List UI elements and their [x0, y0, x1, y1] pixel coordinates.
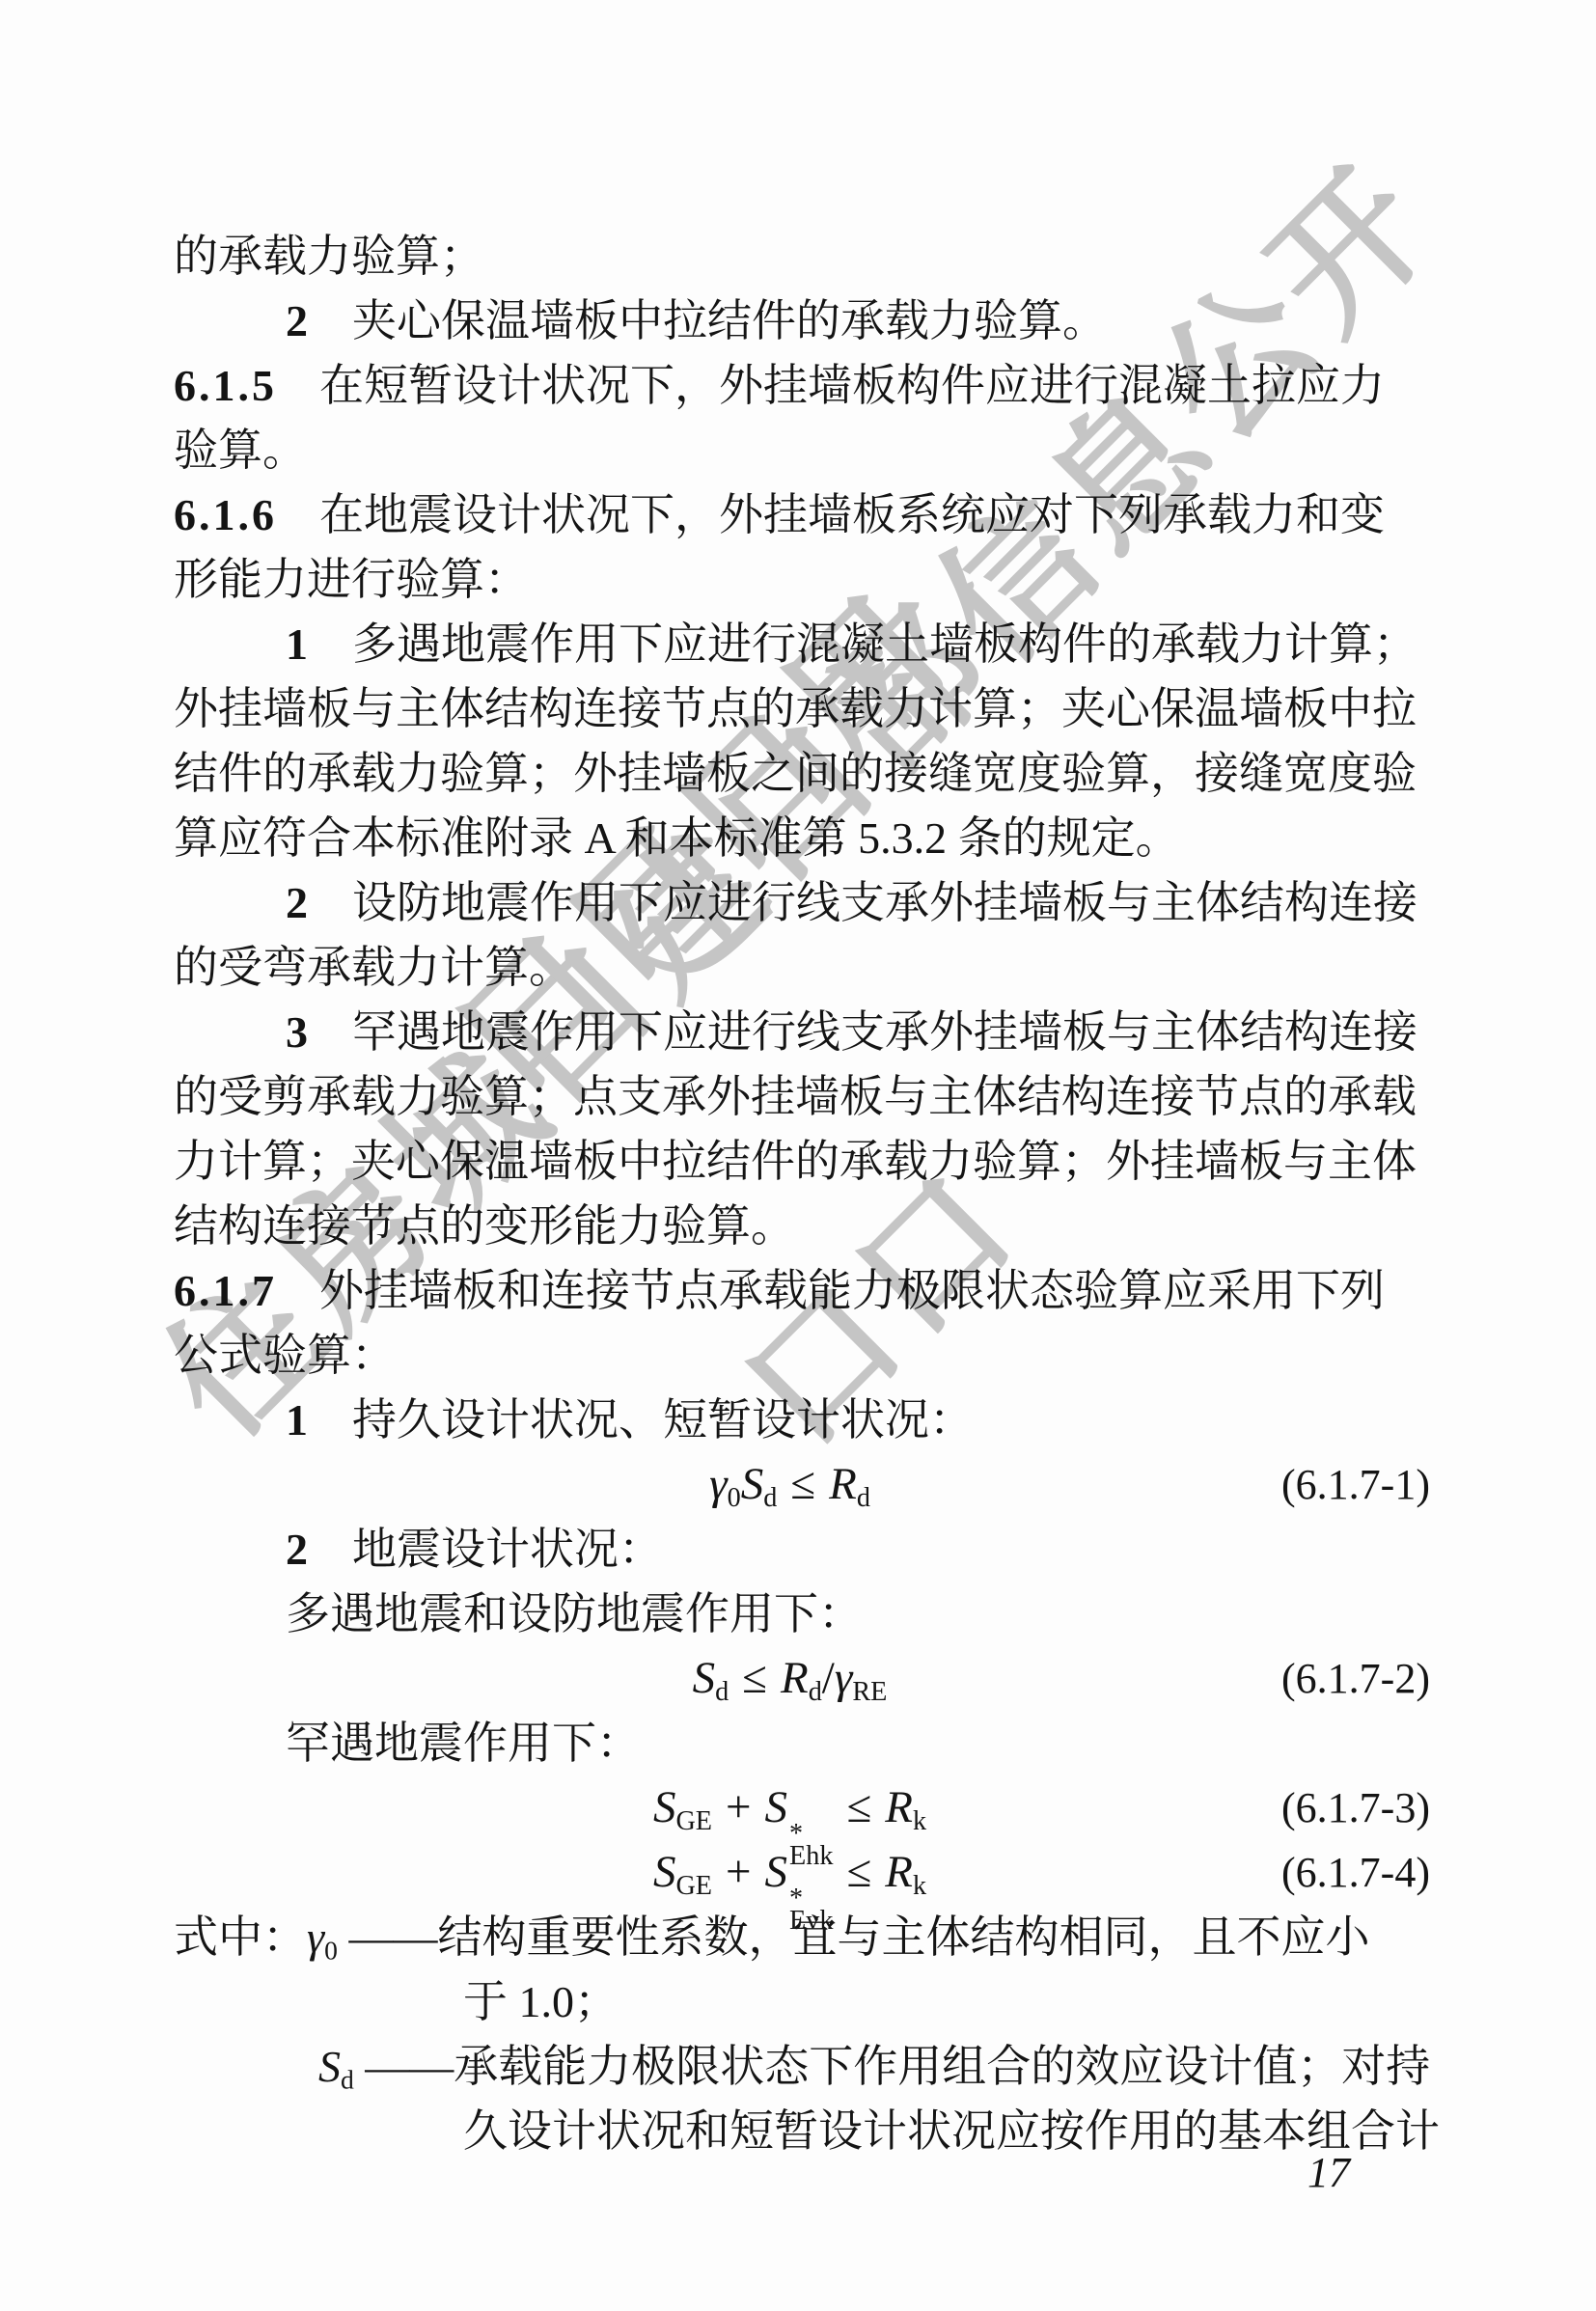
- text-line: 多遇地震和设防地震作用下：: [174, 1582, 1430, 1646]
- text-line: 6.1.6在地震设计状况下，外挂墙板系统应对下列承载力和变: [174, 482, 1430, 547]
- equation-number: (6.1.7-1): [1203, 1452, 1430, 1517]
- where-clause-line: 式中：γ0 ——结构重要性系数，宜与主体结构相同，且不应小: [174, 1905, 1430, 1969]
- item-number: 2: [286, 296, 308, 345]
- text-line: 6.1.7外挂墙板和连接节点承载能力极限状态验算应采用下列: [174, 1258, 1430, 1323]
- text-line: 2设防地震作用下应进行线支承外挂墙板与主体结构连接: [174, 870, 1430, 935]
- item-number: 1: [286, 619, 308, 669]
- equation: SGE+S*Ehk≤Rk (6.1.7-3): [174, 1775, 1430, 1840]
- item-number: 3: [286, 1007, 308, 1057]
- item-number: 2: [286, 1525, 308, 1574]
- text-line: 形能力进行验算：: [174, 547, 1430, 612]
- equation-body: Sd≤Rd/γRE: [174, 1646, 1203, 1711]
- equation-body: SGE+S*Evk≤Rk: [174, 1840, 1203, 1905]
- equation-body: SGE+S*Ehk≤Rk: [174, 1775, 1203, 1840]
- text-line: 2地震设计状况：: [174, 1517, 1430, 1582]
- item-number: 2: [286, 878, 308, 927]
- text-line: 2夹心保温墙板中拉结件的承载力验算。: [174, 289, 1430, 353]
- text-line: 结件的承载力验算；外挂墙板之间的接缝宽度验算，接缝宽度验: [174, 741, 1430, 806]
- page-number: 17: [1307, 2148, 1350, 2197]
- line-text: 在短暂设计状况下，外挂墙板构件应进行混凝土拉应力: [319, 361, 1385, 410]
- line-text: 在地震设计状况下，外挂墙板系统应对下列承载力和变: [319, 490, 1385, 539]
- text-line: 的承载力验算；: [174, 224, 1430, 289]
- text-line: 外挂墙板与主体结构连接节点的承载力计算；夹心保温墙板中拉: [174, 676, 1430, 741]
- line-text: 设防地震作用下应进行线支承外挂墙板与主体结构连接: [352, 878, 1417, 927]
- text-column: 的承载力验算； 2夹心保温墙板中拉结件的承载力验算。 6.1.5在短暂设计状况下…: [174, 224, 1430, 2163]
- equation-number: (6.1.7-4): [1203, 1840, 1430, 1905]
- text-line: 公式验算：: [174, 1323, 1430, 1388]
- text-line: 算应符合本标准附录 A 和本标准第 5.3.2 条的规定。: [174, 806, 1430, 870]
- line-text: 持久设计状况、短暂设计状况：: [352, 1395, 974, 1444]
- text-line: 1持久设计状况、短暂设计状况：: [174, 1388, 1430, 1452]
- equation-body: γ0Sd≤Rd: [174, 1452, 1203, 1517]
- text-line: 罕遇地震作用下：: [174, 1711, 1430, 1775]
- line-text: 夹心保温墙板中拉结件的承载力验算。: [352, 296, 1107, 345]
- where-clause-line: Sd ——承载能力极限状态下作用组合的效应设计值；对持: [174, 2034, 1430, 2099]
- text-line: 验算。: [174, 418, 1430, 482]
- line-text: 罕遇地震作用下应进行线支承外挂墙板与主体结构连接: [352, 1007, 1417, 1057]
- where-clause-line: 于 1.0；: [174, 1969, 1430, 2034]
- equation-number: (6.1.7-2): [1203, 1646, 1430, 1711]
- document-page: 住房城口建口部信息公开 口口口用 口口 的承载力验算； 2夹心保温墙板中拉结件的…: [0, 0, 1596, 2311]
- text-line: 的受弯承载力计算。: [174, 935, 1430, 1000]
- section-number: 6.1.6: [174, 490, 277, 539]
- text-line: 力计算；夹心保温墙板中拉结件的承载力验算；外挂墙板与主体: [174, 1129, 1430, 1194]
- section-number: 6.1.7: [174, 1266, 277, 1315]
- line-text: 外挂墙板和连接节点承载能力极限状态验算应采用下列: [319, 1266, 1385, 1315]
- text-line: 结构连接节点的变形能力验算。: [174, 1194, 1430, 1258]
- text-line: 3罕遇地震作用下应进行线支承外挂墙板与主体结构连接: [174, 1000, 1430, 1064]
- section-number: 6.1.5: [174, 361, 277, 410]
- text-line: 6.1.5在短暂设计状况下，外挂墙板构件应进行混凝土拉应力: [174, 353, 1430, 418]
- text-line: 的受剪承载力验算；点支承外挂墙板与主体结构连接节点的承载: [174, 1064, 1430, 1129]
- equation: Sd≤Rd/γRE (6.1.7-2): [174, 1646, 1430, 1711]
- where-clause-line: 久设计状况和短暂设计状况应按作用的基本组合计: [174, 2099, 1430, 2163]
- item-number: 1: [286, 1395, 308, 1444]
- line-text: 地震设计状况：: [352, 1525, 663, 1574]
- equation-number: (6.1.7-3): [1203, 1775, 1430, 1840]
- equation: γ0Sd≤Rd (6.1.7-1): [174, 1452, 1430, 1517]
- line-text: 多遇地震作用下应进行混凝土墙板构件的承载力计算；: [352, 619, 1417, 669]
- equation: SGE+S*Evk≤Rk (6.1.7-4): [174, 1840, 1430, 1905]
- text-line: 1多遇地震作用下应进行混凝土墙板构件的承载力计算；: [174, 612, 1430, 676]
